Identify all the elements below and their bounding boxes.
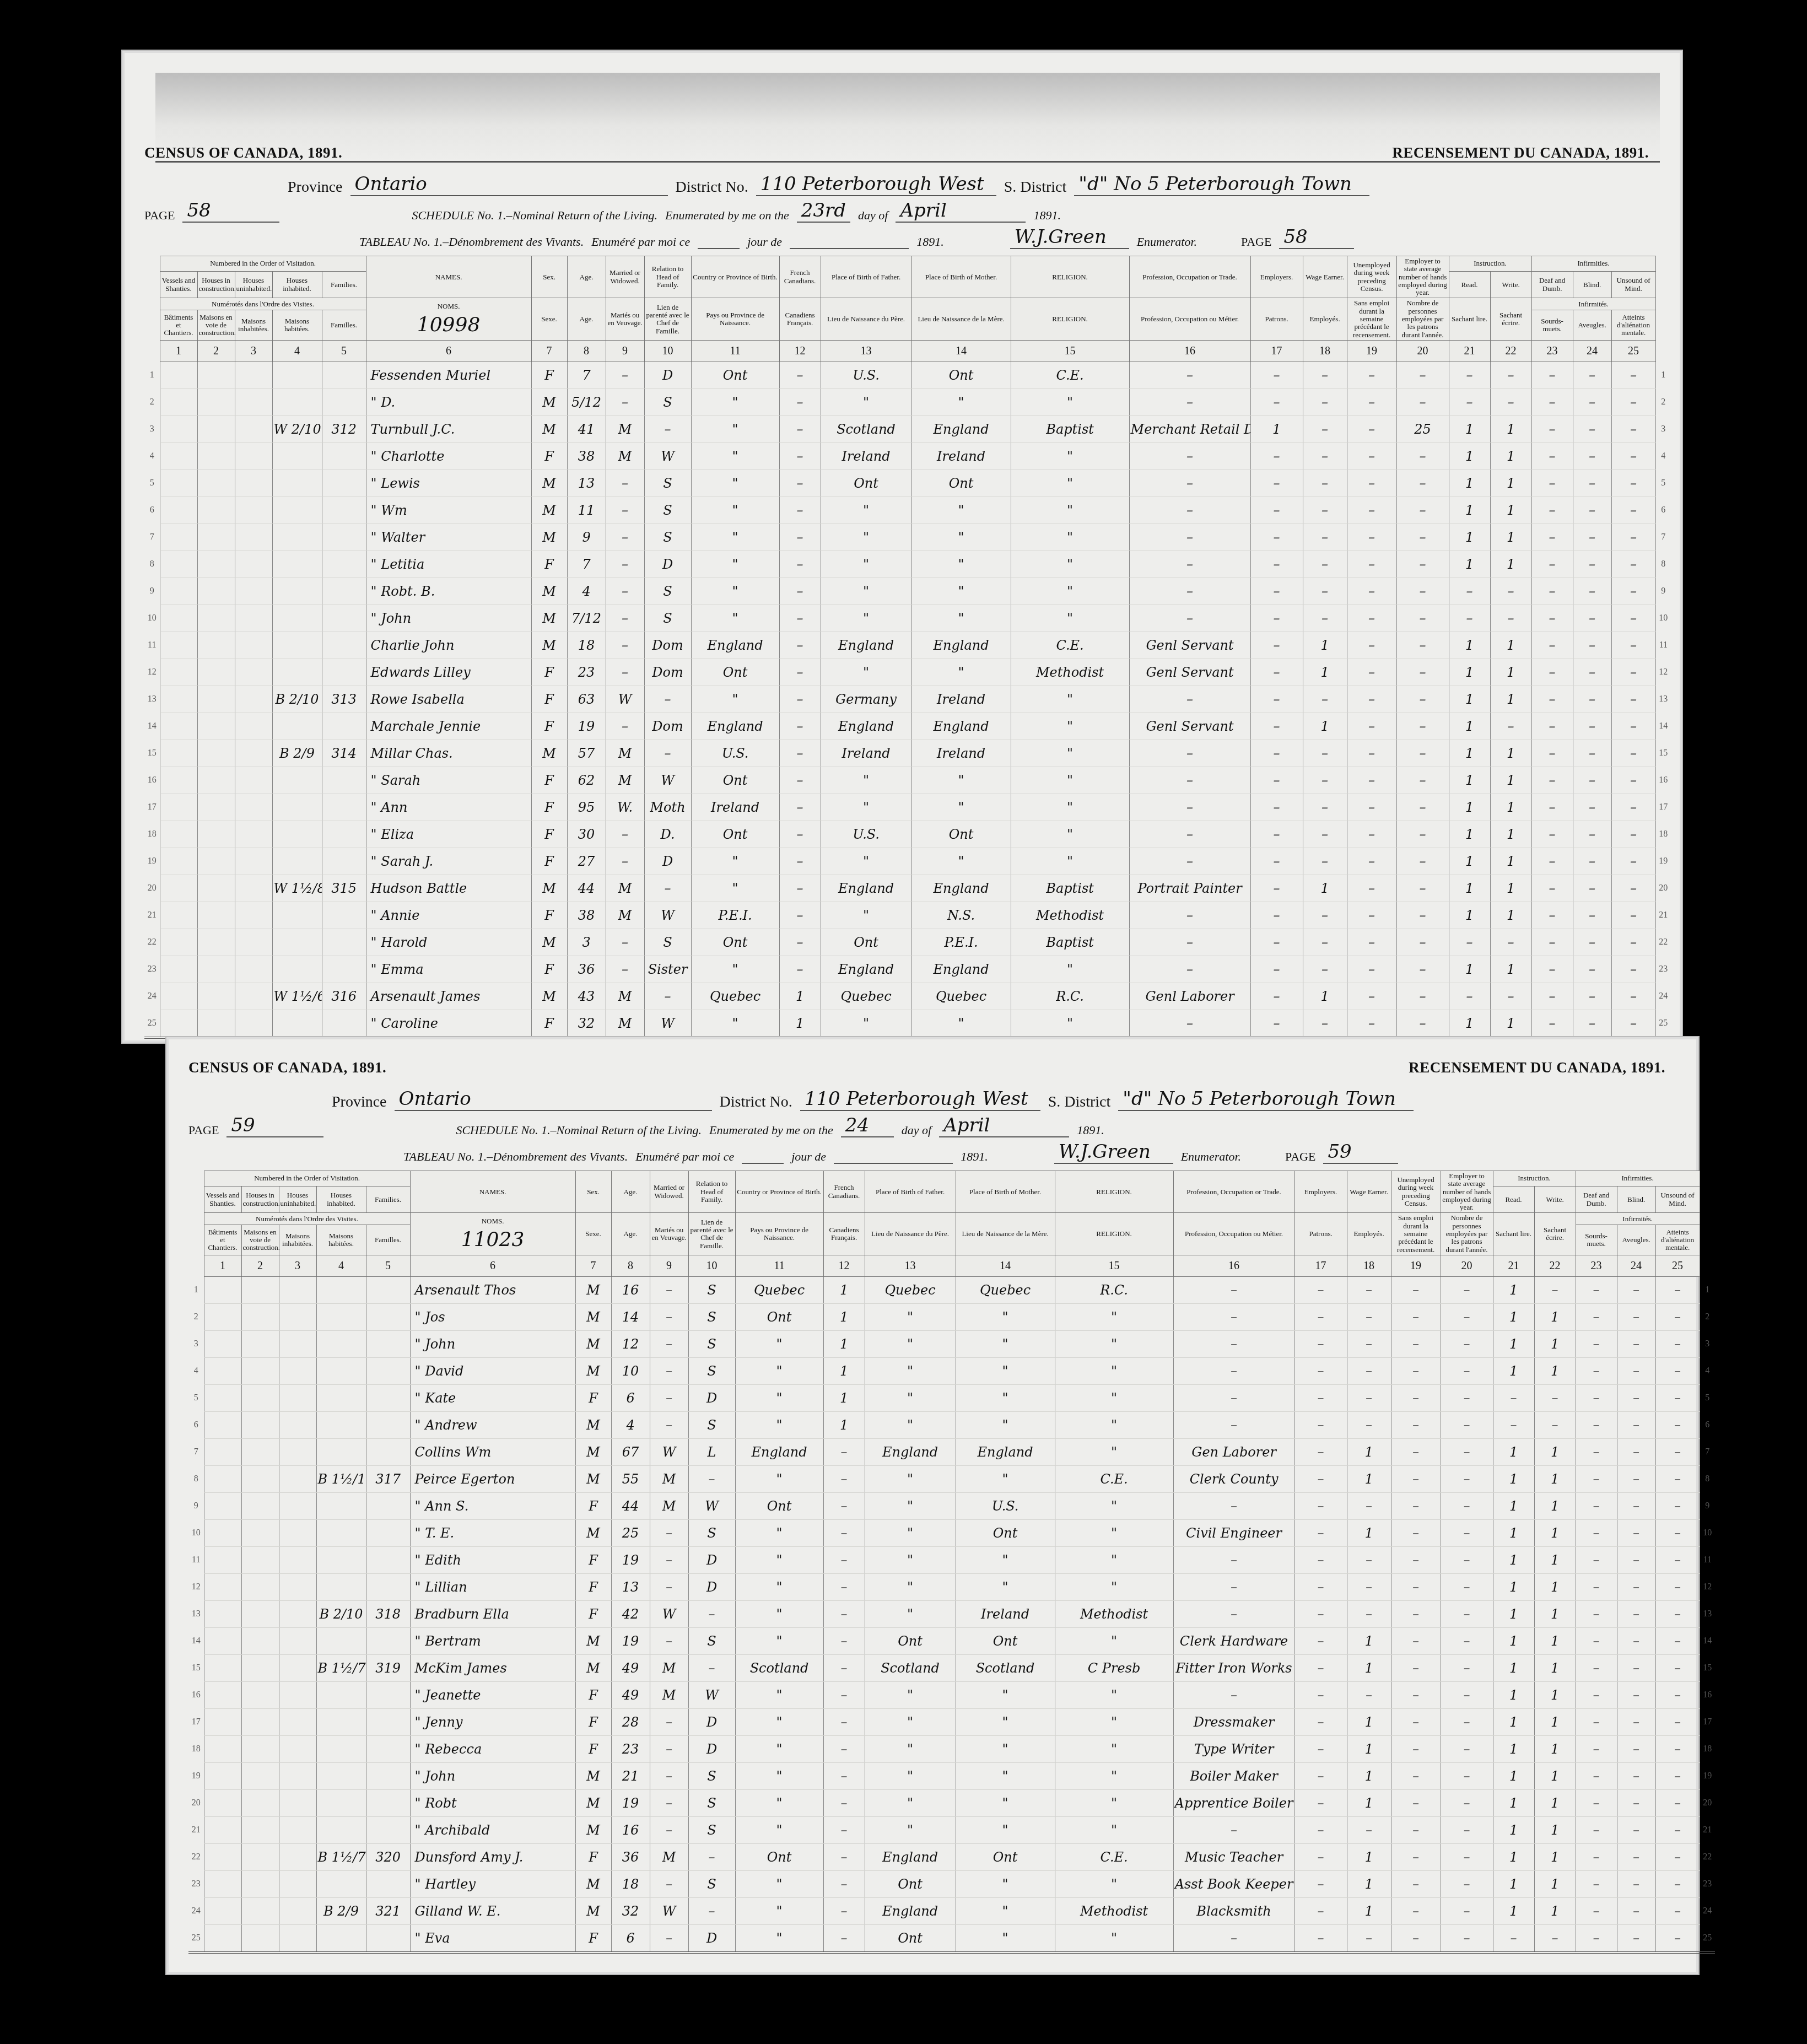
jour-blank: [742, 1163, 784, 1164]
visitation-c3-cell: [235, 578, 272, 605]
marital-cell: M: [650, 1843, 688, 1870]
age-cell: 36: [567, 956, 606, 983]
religion-cell: ": [1055, 1924, 1173, 1953]
age-cell: 19: [611, 1627, 650, 1654]
line-number-right: 4: [1700, 1357, 1715, 1384]
col12-header-en: French Canadians.: [823, 1171, 865, 1213]
family-number-cell: 315: [322, 875, 366, 902]
hands-employed-cell: –: [1441, 1303, 1493, 1330]
wage-earner-cell: –: [1347, 1573, 1391, 1600]
name-cell: Gilland W. E.: [410, 1897, 575, 1924]
religion-cell: ": [1055, 1411, 1173, 1438]
day-of-label: day of: [858, 208, 888, 223]
visitation-c3-cell: [279, 1600, 316, 1627]
blind-cell: –: [1617, 1303, 1655, 1330]
relation-cell: S: [688, 1870, 735, 1897]
table-row: 5" LewisM13–S"–OntOnt"–––––11–––5: [144, 470, 1671, 497]
marital-cell: –: [650, 1924, 688, 1953]
house-inhabited-cell: [316, 1357, 366, 1384]
visitation-c2-cell: [197, 389, 235, 416]
infirmities-header-en: Infirmities.: [1576, 1171, 1700, 1187]
occupation-cell: –: [1129, 362, 1250, 389]
deaf-dumb-cell: –: [1531, 362, 1573, 389]
age-cell: 3: [567, 929, 606, 956]
visitation-c2-cell: [241, 1708, 279, 1735]
wage-earner-cell: 1: [1303, 875, 1347, 902]
line-number-left: 9: [144, 578, 160, 605]
read-cell: 1: [1493, 1303, 1534, 1330]
father-birthplace-cell: ": [865, 1303, 956, 1330]
age-cell: 16: [611, 1816, 650, 1843]
line-number-left: 15: [144, 740, 160, 767]
sex-cell: M: [575, 1438, 611, 1465]
father-birthplace-cell: ": [865, 1816, 956, 1843]
mother-birthplace-cell: ": [956, 1762, 1055, 1789]
read-cell: 1: [1449, 632, 1490, 659]
col12-header-en: French Canadians.: [779, 256, 821, 298]
deaf-dumb-cell: –: [1576, 1519, 1617, 1546]
family-number-cell: [322, 902, 366, 929]
col2-header-fr: Maisons en voie de construction.: [241, 1225, 279, 1255]
house-inhabited-cell: [272, 659, 322, 686]
french-canadian-cell: –: [779, 902, 821, 929]
col11-header-fr: Pays ou Province de Naissance.: [691, 298, 779, 340]
table-row: 6" WmM11–S"–"""–––––11–––6: [144, 497, 1671, 524]
wage-earner-cell: –: [1303, 1010, 1347, 1038]
age-cell: 21: [611, 1762, 650, 1789]
religion-cell: Baptist: [1011, 416, 1129, 443]
table-row: 9" Ann S.F44MWOnt–"U.S."–––––11–––9: [188, 1492, 1715, 1519]
column-number: 16: [1173, 1255, 1294, 1276]
col4-header-fr: Maisons habitées.: [272, 310, 322, 341]
visitation-c2-cell: [197, 902, 235, 929]
visitation-c1-cell: [160, 524, 197, 551]
read-cell: 1: [1449, 848, 1490, 875]
hands-employed-cell: –: [1396, 713, 1449, 740]
marital-cell: M: [606, 443, 644, 470]
relation-cell: D: [688, 1708, 735, 1735]
visitation-c3-cell: [235, 875, 272, 902]
family-number-cell: 321: [366, 1897, 410, 1924]
sex-cell: M: [575, 1870, 611, 1897]
marital-cell: –: [606, 659, 644, 686]
read-cell: 1: [1449, 713, 1490, 740]
name-cell: " Wm: [366, 497, 531, 524]
father-birthplace-cell: England: [821, 956, 911, 983]
employer-cell: –: [1250, 686, 1303, 713]
family-number-cell: [322, 524, 366, 551]
reference-number: 11023: [412, 1229, 574, 1251]
occupation-cell: –: [1129, 497, 1250, 524]
sex-cell: F: [531, 956, 567, 983]
subdistrict-value: "d" No 5 Peterborough Town: [1074, 173, 1369, 196]
family-number-cell: 313: [322, 686, 366, 713]
write-cell: 1: [1490, 686, 1531, 713]
table-row: 3" JohnM12–S"1"""–––––11–––3: [188, 1330, 1715, 1357]
visitation-c1-cell: [160, 389, 197, 416]
house-inhabited-cell: B 1½/7: [316, 1654, 366, 1681]
birthplace-cell: Quebec: [735, 1276, 823, 1303]
french-canadian-cell: –: [823, 1789, 865, 1816]
relation-cell: Sister: [644, 956, 691, 983]
house-inhabited-cell: B 2/10: [272, 686, 322, 713]
unsound-mind-cell: –: [1655, 1735, 1700, 1762]
unemployed-cell: –: [1347, 983, 1396, 1010]
visitation-c3-cell: [279, 1924, 316, 1953]
visitation-c3-cell: [279, 1762, 316, 1789]
line-number-left: 22: [144, 929, 160, 956]
column-number: 20: [1396, 340, 1449, 362]
occupation-cell: –: [1129, 929, 1250, 956]
col21-header-en: Read.: [1449, 271, 1490, 298]
father-birthplace-cell: ": [821, 497, 911, 524]
blind-cell: –: [1617, 1762, 1655, 1789]
sex-cell: M: [575, 1816, 611, 1843]
french-canadian-cell: 1: [823, 1384, 865, 1411]
mother-birthplace-cell: England: [911, 713, 1011, 740]
unemployed-cell: –: [1391, 1411, 1441, 1438]
write-cell: –: [1534, 1924, 1576, 1953]
column-number: 16: [1129, 340, 1250, 362]
visitation-c3-cell: [235, 713, 272, 740]
visitation-c1-cell: [160, 713, 197, 740]
line-number-left: 14: [144, 713, 160, 740]
visitation-header-en: Numbered in the Order of Visitation.: [160, 256, 366, 272]
father-birthplace-cell: U.S.: [821, 362, 911, 389]
employer-cell: –: [1294, 1519, 1347, 1546]
sex-cell: M: [575, 1411, 611, 1438]
visitation-c3-cell: [235, 821, 272, 848]
read-cell: 1: [1449, 443, 1490, 470]
unsound-mind-cell: –: [1655, 1330, 1700, 1357]
marital-cell: M: [650, 1654, 688, 1681]
subdistrict-label: S. District: [1048, 1093, 1111, 1111]
deaf-dumb-cell: –: [1576, 1681, 1617, 1708]
family-number-cell: [322, 659, 366, 686]
line-number-right: 15: [1700, 1654, 1715, 1681]
write-cell: 1: [1534, 1573, 1576, 1600]
occupation-cell: Genl Servant: [1129, 659, 1250, 686]
unsound-mind-cell: –: [1655, 1573, 1700, 1600]
visitation-header-en: Numbered in the Order of Visitation.: [204, 1171, 410, 1187]
visitation-c2-cell: [241, 1411, 279, 1438]
schedule-title-en: SCHEDULE No. 1.–Nominal Return of the Li…: [456, 1123, 702, 1137]
father-birthplace-cell: ": [865, 1492, 956, 1519]
deaf-dumb-cell: –: [1531, 551, 1573, 578]
religion-cell: ": [1011, 443, 1129, 470]
unemployed-cell: –: [1347, 929, 1396, 956]
col10-header-fr: Lien de parenté avec le Chef de Famille.: [644, 298, 691, 340]
name-cell: " Jos: [410, 1303, 575, 1330]
relation-cell: D: [688, 1573, 735, 1600]
visitation-c1-cell: [160, 956, 197, 983]
col21-header-fr: Sachant lire.: [1449, 298, 1490, 340]
birthplace-cell: ": [735, 1870, 823, 1897]
father-birthplace-cell: ": [821, 659, 911, 686]
unsound-mind-cell: –: [1655, 1519, 1700, 1546]
unsound-mind-cell: –: [1655, 1465, 1700, 1492]
blind-cell: –: [1573, 983, 1611, 1010]
marital-cell: –: [606, 497, 644, 524]
table-row: 25" EvaF6–D"–Ont""––––––––––25: [188, 1924, 1715, 1953]
col8-header-fr: Age.: [611, 1213, 650, 1255]
blind-cell: –: [1573, 389, 1611, 416]
father-birthplace-cell: England: [865, 1897, 956, 1924]
visitation-c3-cell: [235, 686, 272, 713]
blind-cell: –: [1617, 1573, 1655, 1600]
unemployed-cell: –: [1347, 956, 1396, 983]
relation-cell: S: [644, 389, 691, 416]
religion-cell: ": [1055, 1492, 1173, 1519]
wage-earner-cell: 1: [1347, 1762, 1391, 1789]
write-cell: 1: [1534, 1897, 1576, 1924]
col17-header-fr: Patrons.: [1250, 298, 1303, 340]
visitation-c3-cell: [235, 632, 272, 659]
family-number-cell: 320: [366, 1843, 410, 1870]
wage-earner-cell: –: [1347, 1330, 1391, 1357]
father-birthplace-cell: Ont: [821, 470, 911, 497]
family-number-cell: [366, 1573, 410, 1600]
line-number-right: 8: [1655, 551, 1671, 578]
visitation-c2-cell: [241, 1573, 279, 1600]
visitation-c2-cell: [241, 1519, 279, 1546]
family-number-cell: [366, 1681, 410, 1708]
house-inhabited-cell: [272, 605, 322, 632]
write-cell: 1: [1490, 902, 1531, 929]
write-cell: 1: [1534, 1735, 1576, 1762]
french-canadian-cell: –: [779, 497, 821, 524]
french-canadian-cell: –: [823, 1546, 865, 1573]
name-cell: " Caroline: [366, 1010, 531, 1038]
visitation-c2-cell: [197, 983, 235, 1010]
birthplace-cell: ": [691, 848, 779, 875]
line-number-right: 8: [1700, 1465, 1715, 1492]
employer-cell: –: [1294, 1357, 1347, 1384]
visitation-c3-cell: [235, 389, 272, 416]
employer-cell: –: [1294, 1870, 1347, 1897]
enumerator-label: Enumerator.: [1137, 235, 1197, 249]
relation-cell: S: [644, 929, 691, 956]
wage-earner-cell: –: [1347, 1303, 1391, 1330]
visitation-c1-cell: [204, 1762, 241, 1789]
read-cell: 1: [1449, 524, 1490, 551]
visitation-c2-cell: [197, 875, 235, 902]
unsound-mind-cell: –: [1655, 1681, 1700, 1708]
col6-header-fr: NOMS.10998: [366, 298, 531, 340]
line-number-right: 7: [1655, 524, 1671, 551]
family-number-cell: [322, 551, 366, 578]
name-cell: " D.: [366, 389, 531, 416]
family-number-cell: [366, 1303, 410, 1330]
french-canadian-cell: –: [779, 659, 821, 686]
blind-cell: –: [1617, 1546, 1655, 1573]
employer-cell: –: [1250, 929, 1303, 956]
col11-header-en: Country or Province of Birth.: [691, 256, 779, 298]
table-row: 17" AnnF95W.MothIreland–"""–––––11–––17: [144, 794, 1671, 821]
sex-cell: M: [575, 1303, 611, 1330]
visitation-header-fr: Numérotés dans l'Ordre des Visites.: [204, 1213, 410, 1225]
visitation-c3-cell: [235, 605, 272, 632]
hands-employed-cell: –: [1396, 956, 1449, 983]
col10-header-en: Relation to Head of Family.: [688, 1171, 735, 1213]
visitation-c1-cell: [204, 1816, 241, 1843]
write-cell: 1: [1534, 1708, 1576, 1735]
table-row: 14Marchale JennieF19–DomEngland–EnglandE…: [144, 713, 1671, 740]
column-number: 2: [197, 340, 235, 362]
blind-cell: –: [1573, 956, 1611, 983]
relation-cell: D: [688, 1735, 735, 1762]
column-number: 17: [1250, 340, 1303, 362]
deaf-dumb-cell: –: [1531, 416, 1573, 443]
line-number-right: 25: [1700, 1924, 1715, 1953]
visitation-c2-cell: [241, 1762, 279, 1789]
visitation-c3-cell: [279, 1681, 316, 1708]
title-french: RECENSEMENT DU CANADA, 1891.: [1409, 1059, 1665, 1076]
age-cell: 7: [567, 551, 606, 578]
name-cell: " Andrew: [410, 1411, 575, 1438]
house-inhabited-cell: [316, 1627, 366, 1654]
read-cell: 1: [1493, 1654, 1534, 1681]
col20-header-fr: Nombre de personnes employées par les pa…: [1441, 1213, 1493, 1255]
read-cell: 1: [1449, 497, 1490, 524]
blind-cell: –: [1573, 875, 1611, 902]
unemployed-cell: –: [1391, 1762, 1441, 1789]
house-inhabited-cell: [316, 1708, 366, 1735]
employer-cell: –: [1294, 1438, 1347, 1465]
french-canadian-cell: 1: [823, 1303, 865, 1330]
visitation-c2-cell: [197, 713, 235, 740]
house-inhabited-cell: [272, 470, 322, 497]
relation-cell: –: [688, 1897, 735, 1924]
col23-header-fr: Sourds-muets.: [1531, 310, 1573, 341]
visitation-c2-cell: [241, 1681, 279, 1708]
line-number-left: 12: [144, 659, 160, 686]
deaf-dumb-cell: –: [1576, 1789, 1617, 1816]
unsound-mind-cell: –: [1611, 713, 1655, 740]
birthplace-cell: ": [735, 1411, 823, 1438]
family-number-cell: [366, 1357, 410, 1384]
visitation-c3-cell: [279, 1897, 316, 1924]
family-number-cell: [322, 929, 366, 956]
occupation-cell: –: [1173, 1924, 1294, 1953]
write-cell: –: [1490, 983, 1531, 1010]
blind-cell: –: [1617, 1897, 1655, 1924]
visitation-c2-cell: [197, 605, 235, 632]
visitation-c1-cell: [204, 1897, 241, 1924]
line-number-right: 10: [1700, 1519, 1715, 1546]
wage-earner-cell: 1: [1303, 983, 1347, 1010]
visitation-c1-cell: [204, 1708, 241, 1735]
sex-cell: M: [575, 1789, 611, 1816]
table-row: 11" EdithF19–D"–"""–––––11–––11: [188, 1546, 1715, 1573]
write-cell: 1: [1490, 497, 1531, 524]
unsound-mind-cell: –: [1611, 443, 1655, 470]
write-cell: 1: [1490, 659, 1531, 686]
line-number-right: 12: [1655, 659, 1671, 686]
visitation-c2-cell: [241, 1654, 279, 1681]
deaf-dumb-cell: –: [1576, 1573, 1617, 1600]
unemployed-cell: –: [1391, 1897, 1441, 1924]
blind-cell: –: [1617, 1627, 1655, 1654]
hands-employed-cell: –: [1396, 1010, 1449, 1038]
column-number: 25: [1655, 1255, 1700, 1276]
occupation-cell: –: [1129, 389, 1250, 416]
religion-cell: ": [1011, 740, 1129, 767]
write-cell: –: [1490, 389, 1531, 416]
house-inhabited-cell: [272, 362, 322, 389]
deaf-dumb-cell: –: [1531, 605, 1573, 632]
father-birthplace-cell: ": [821, 524, 911, 551]
blind-cell: –: [1617, 1924, 1655, 1953]
read-cell: 1: [1493, 1735, 1534, 1762]
sex-cell: F: [575, 1573, 611, 1600]
unsound-mind-cell: –: [1611, 929, 1655, 956]
mother-birthplace-cell: Ont: [956, 1843, 1055, 1870]
col18-header-fr: Employés.: [1347, 1213, 1391, 1255]
deaf-dumb-cell: –: [1531, 794, 1573, 821]
age-cell: 32: [567, 1010, 606, 1038]
write-cell: 1: [1490, 1010, 1531, 1038]
write-cell: 1: [1490, 821, 1531, 848]
blind-cell: –: [1617, 1330, 1655, 1357]
sex-cell: F: [575, 1843, 611, 1870]
read-cell: 1: [1449, 821, 1490, 848]
birthplace-cell: Quebec: [691, 983, 779, 1010]
visitation-c1-cell: [160, 632, 197, 659]
occupation-cell: –: [1173, 1303, 1294, 1330]
enumerator-signature: W.J.Green: [1010, 226, 1129, 249]
unemployed-cell: –: [1391, 1708, 1441, 1735]
blind-cell: –: [1573, 686, 1611, 713]
house-inhabited-cell: [316, 1789, 366, 1816]
col8-header-en: Age.: [611, 1171, 650, 1213]
employer-cell: –: [1294, 1735, 1347, 1762]
occupation-cell: Genl Laborer: [1129, 983, 1250, 1010]
religion-cell: ": [1055, 1681, 1173, 1708]
column-number: 6: [366, 340, 531, 362]
name-cell: " Ann S.: [410, 1492, 575, 1519]
hands-employed-cell: –: [1441, 1330, 1493, 1357]
deaf-dumb-cell: –: [1576, 1330, 1617, 1357]
visitation-c3-cell: [235, 524, 272, 551]
unemployed-cell: –: [1391, 1330, 1441, 1357]
read-cell: 1: [1449, 659, 1490, 686]
employer-cell: 1: [1250, 416, 1303, 443]
name-cell: " Lewis: [366, 470, 531, 497]
read-cell: 1: [1493, 1708, 1534, 1735]
column-number: 9: [606, 340, 644, 362]
deaf-dumb-cell: –: [1576, 1735, 1617, 1762]
unsound-mind-cell: –: [1611, 389, 1655, 416]
column-number: 18: [1347, 1255, 1391, 1276]
col9-header-en: Married or Widowed.: [650, 1171, 688, 1213]
enumeration-month: April: [896, 199, 1026, 223]
province-label: Province: [288, 179, 343, 196]
employer-cell: –: [1294, 1546, 1347, 1573]
relation-cell: S: [688, 1357, 735, 1384]
employer-cell: –: [1294, 1600, 1347, 1627]
french-canadian-cell: 1: [823, 1330, 865, 1357]
deaf-dumb-cell: –: [1531, 632, 1573, 659]
column-number: 1: [204, 1255, 241, 1276]
blind-cell: –: [1617, 1492, 1655, 1519]
birthplace-cell: ": [735, 1735, 823, 1762]
schedule-title-fr: TABLEAU No. 1.–Dénombrement des Vivants.: [403, 1150, 628, 1164]
col25-header-fr: Atteints d'aliénation mentale.: [1655, 1225, 1700, 1255]
name-cell: " Annie: [366, 902, 531, 929]
sex-cell: M: [531, 416, 567, 443]
mother-birthplace-cell: ": [956, 1546, 1055, 1573]
